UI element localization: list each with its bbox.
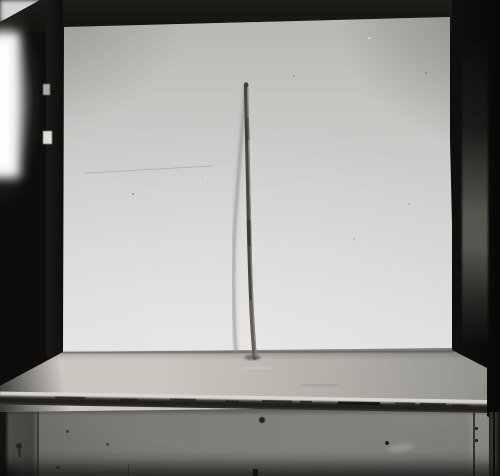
photograph <box>0 0 500 476</box>
stick-tip <box>244 83 249 88</box>
stick-and-shadow <box>0 0 500 476</box>
stick-dark-knot <box>247 118 248 140</box>
stick-dark-knot <box>249 220 250 246</box>
